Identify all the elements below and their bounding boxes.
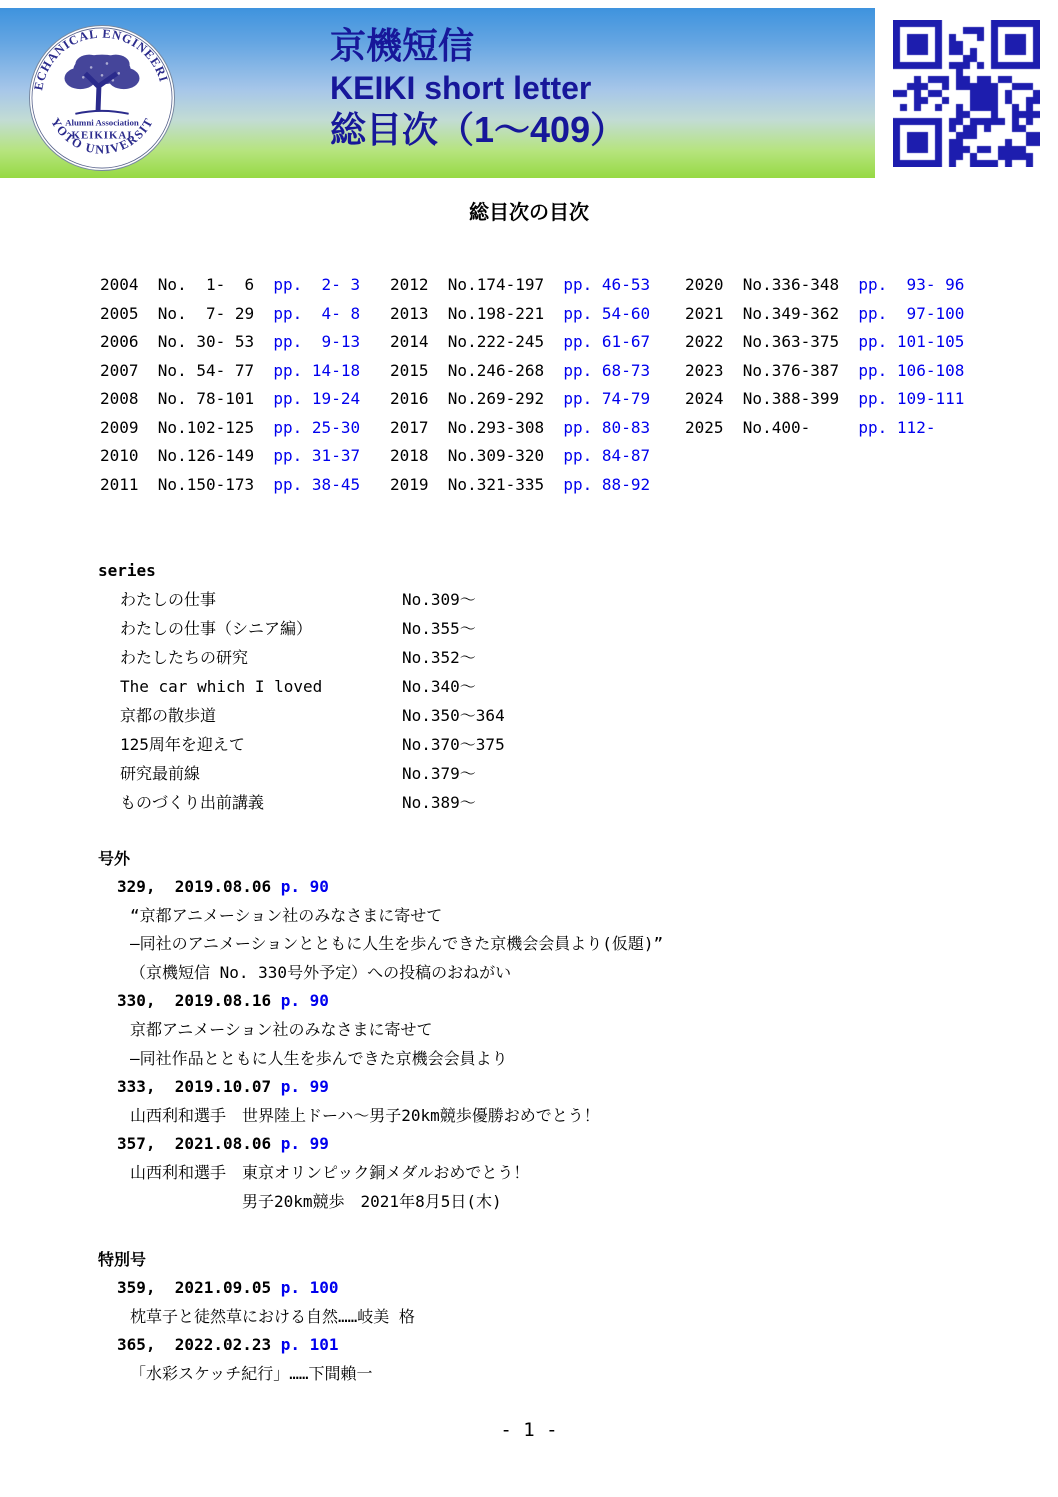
toc-row: 2023 No.376-387 pp. 106-108: [685, 357, 964, 386]
series-title: 京都の散歩道: [120, 701, 402, 730]
series-issue-range: No.340～: [402, 672, 476, 701]
series-item: 京都の散歩道No.350～364: [120, 701, 1058, 730]
toc-row: 2006 No. 30- 53 pp. 9-13: [100, 328, 390, 357]
toc-year-and-issue-range: 2010 No.126-149: [100, 446, 273, 465]
toc-page-link[interactable]: pp. 101-105: [858, 332, 964, 351]
toc-year-and-issue-range: 2020 No.336-348: [685, 275, 858, 294]
toc-year-and-issue-range: 2005 No. 7- 29: [100, 304, 273, 323]
toc-row: 2008 No. 78-101 pp. 19-24: [100, 385, 390, 414]
toc-row: 2025 No.400- pp. 112-: [685, 414, 964, 443]
toc-year-and-issue-range: 2022 No.363-375: [685, 332, 858, 351]
toc-row: 2018 No.309-320 pp. 84-87: [390, 442, 685, 471]
entry-description-line: 枕草子と徒然草における自然……岐美 格: [130, 1303, 1058, 1332]
entry-page-link[interactable]: p. 100: [281, 1278, 339, 1297]
toc-page-link[interactable]: pp. 109-111: [858, 389, 964, 408]
gogai-heading: 号外: [98, 844, 1058, 873]
toc-page-link[interactable]: pp. 9-13: [273, 332, 360, 351]
entry-description-line: 山西利和選手 世界陸上ドーハ～男子20km競歩優勝おめでとう！: [130, 1102, 1058, 1131]
page-footer: - 1 -: [0, 1418, 1058, 1442]
newsletter-title-japanese: 京機短信: [330, 24, 626, 68]
toc-year-and-issue-range: 2009 No.102-125: [100, 418, 273, 437]
toc-year-and-issue-range: 2007 No. 54- 77: [100, 361, 273, 380]
series-issue-range: No.352～: [402, 643, 476, 672]
series-title: わたしたちの研究: [120, 643, 402, 672]
series-section: series わたしの仕事No.309～わたしの仕事（シニア編）No.355～わ…: [98, 556, 1058, 817]
entry-description-line: 男子20km競歩 2021年8月5日(木): [130, 1188, 1058, 1217]
qr-code: [893, 20, 1040, 167]
toc-column: 2012 No.174-197 pp. 46-532013 No.198-221…: [390, 271, 685, 499]
toc-row: 2014 No.222-245 pp. 61-67: [390, 328, 685, 357]
toc-year-and-issue-range: 2025 No.400-: [685, 418, 858, 437]
series-item: 125周年を迎えてNo.370～375: [120, 730, 1058, 759]
toc-row: 2024 No.388-399 pp. 109-111: [685, 385, 964, 414]
toc-page-link[interactable]: pp. 61-67: [563, 332, 650, 351]
series-item: The car which I lovedNo.340～: [120, 672, 1058, 701]
toc-heading: 総目次の目次: [0, 196, 1058, 225]
series-title: The car which I loved: [120, 672, 402, 701]
toc-year-and-issue-range: 2008 No. 78-101: [100, 389, 273, 408]
toc-page-link[interactable]: pp. 97-100: [858, 304, 964, 323]
gogai-section: 号外 329, 2019.08.06 p. 90“京都アニメーション社のみなさま…: [98, 844, 1058, 1216]
series-item: わたしの仕事No.309～: [120, 585, 1058, 614]
toc-row: 2012 No.174-197 pp. 46-53: [390, 271, 685, 300]
toc-year-and-issue-range: 2015 No.246-268: [390, 361, 563, 380]
series-heading: series: [98, 556, 1058, 585]
toc-row: 2007 No. 54- 77 pp. 14-18: [100, 357, 390, 386]
entry-number-date: 359, 2021.09.05 p. 100: [117, 1274, 1058, 1303]
toc-range-title: 総目次（1～409）: [330, 108, 626, 152]
series-title: ものづくり出前講義: [120, 788, 402, 817]
entry-page-link[interactable]: p. 99: [281, 1077, 329, 1096]
series-title: わたしの仕事: [120, 585, 402, 614]
document-body: 総目次の目次 2004 No. 1- 6 pp. 2- 32005 No. 7-…: [0, 196, 1058, 1389]
series-title: わたしの仕事（シニア編）: [120, 614, 402, 643]
toc-page-link[interactable]: pp. 4- 8: [273, 304, 360, 323]
entry-number-date: 333, 2019.10.07 p. 99: [117, 1073, 1058, 1102]
toc-page-link[interactable]: pp. 112-: [858, 418, 935, 437]
toc-row: 2005 No. 7- 29 pp. 4- 8: [100, 300, 390, 329]
toc-page-link[interactable]: pp. 93- 96: [858, 275, 964, 294]
series-issue-range: No.355～: [402, 614, 476, 643]
series-item: 研究最前線No.379～: [120, 759, 1058, 788]
series-issue-range: No.309～: [402, 585, 476, 614]
toc-year-and-issue-range: 2018 No.309-320: [390, 446, 563, 465]
entry-number-date: 365, 2022.02.23 p. 101: [117, 1331, 1058, 1360]
emblem-center-line2: KEIKIKAI: [72, 129, 133, 141]
special-issue-list: 359, 2021.09.05 p. 100枕草子と徒然草における自然……岐美 …: [98, 1274, 1058, 1388]
newsletter-title-english: KEIKI short letter: [330, 68, 626, 108]
special-issue-section: 特別号 359, 2021.09.05 p. 100枕草子と徒然草における自然……: [98, 1245, 1058, 1388]
toc-page-link[interactable]: pp. 88-92: [563, 475, 650, 494]
entry-number-date: 357, 2021.08.06 p. 99: [117, 1130, 1058, 1159]
toc-year-and-issue-range: 2011 No.150-173: [100, 475, 273, 494]
toc-page-link[interactable]: pp. 106-108: [858, 361, 964, 380]
toc-row: 2010 No.126-149 pp. 31-37: [100, 442, 390, 471]
entry-page-link[interactable]: p. 90: [281, 877, 329, 896]
toc-year-table: 2004 No. 1- 6 pp. 2- 32005 No. 7- 29 pp.…: [100, 271, 1058, 499]
toc-year-and-issue-range: 2017 No.293-308: [390, 418, 563, 437]
gogai-list: 329, 2019.08.06 p. 90“京都アニメーション社のみなさまに寄せ…: [98, 873, 1058, 1216]
entry-page-link[interactable]: p. 99: [281, 1134, 329, 1153]
toc-year-and-issue-range: 2014 No.222-245: [390, 332, 563, 351]
toc-row: 2022 No.363-375 pp. 101-105: [685, 328, 964, 357]
toc-column: 2020 No.336-348 pp. 93- 962021 No.349-36…: [685, 271, 964, 499]
entry-description-line: 京都アニメーション社のみなさまに寄せて: [130, 1016, 1058, 1045]
entry-description-line: ―同社のアニメーションとともに人生を歩んできた京機会会員より(仮題)”: [130, 930, 1058, 959]
toc-year-and-issue-range: 2012 No.174-197: [390, 275, 563, 294]
toc-year-and-issue-range: 2024 No.388-399: [685, 389, 858, 408]
toc-year-and-issue-range: 2016 No.269-292: [390, 389, 563, 408]
toc-row: 2016 No.269-292 pp. 74-79: [390, 385, 685, 414]
toc-row: 2017 No.293-308 pp. 80-83: [390, 414, 685, 443]
series-title: 研究最前線: [120, 759, 402, 788]
entry-description-line: 「水彩スケッチ紀行」……下間賴一: [130, 1360, 1058, 1389]
toc-page-link[interactable]: pp. 80-83: [563, 418, 650, 437]
series-issue-range: No.370～375: [402, 730, 505, 759]
entry-page-link[interactable]: p. 101: [281, 1335, 339, 1354]
toc-column: 2004 No. 1- 6 pp. 2- 32005 No. 7- 29 pp.…: [100, 271, 390, 499]
series-issue-range: No.389～: [402, 788, 476, 817]
toc-year-and-issue-range: 2021 No.349-362: [685, 304, 858, 323]
toc-row: 2004 No. 1- 6 pp. 2- 3: [100, 271, 390, 300]
toc-page-link[interactable]: pp. 31-37: [273, 446, 360, 465]
series-issue-range: No.350～364: [402, 701, 505, 730]
toc-page-link[interactable]: pp. 2- 3: [273, 275, 360, 294]
entry-description-line: （京機短信 No. 330号外予定）への投稿のおねがい: [130, 959, 1058, 988]
series-issue-range: No.379～: [402, 759, 476, 788]
entry-number-date: 329, 2019.08.06 p. 90: [117, 873, 1058, 902]
toc-row: 2009 No.102-125 pp. 25-30: [100, 414, 390, 443]
page-number: - 1 -: [0, 1418, 1058, 1442]
series-item: わたしたちの研究No.352～: [120, 643, 1058, 672]
toc-page-link[interactable]: pp. 68-73: [563, 361, 650, 380]
document-page: MECHANICAL ENGINEERING KYOTO UNIVERSITY: [0, 0, 1058, 1497]
toc-year-and-issue-range: 2004 No. 1- 6: [100, 275, 273, 294]
toc-page-link[interactable]: pp. 38-45: [273, 475, 360, 494]
keikikai-emblem-logo: MECHANICAL ENGINEERING KYOTO UNIVERSITY: [28, 24, 176, 172]
entry-page-link[interactable]: p. 90: [281, 991, 329, 1010]
emblem-center-line1: Alumni Association: [65, 118, 139, 128]
toc-page-link[interactable]: pp. 46-53: [563, 275, 650, 294]
entry-description-line: ―同社作品とともに人生を歩んできた京機会会員より: [130, 1045, 1058, 1074]
toc-year-and-issue-range: 2019 No.321-335: [390, 475, 563, 494]
toc-row: 2020 No.336-348 pp. 93- 96: [685, 271, 964, 300]
toc-page-link[interactable]: pp. 74-79: [563, 389, 650, 408]
special-heading: 特別号: [98, 1245, 1058, 1274]
toc-row: 2013 No.198-221 pp. 54-60: [390, 300, 685, 329]
series-item: ものづくり出前講義No.389～: [120, 788, 1058, 817]
toc-row: 2021 No.349-362 pp. 97-100: [685, 300, 964, 329]
toc-page-link[interactable]: pp. 84-87: [563, 446, 650, 465]
toc-year-and-issue-range: 2023 No.376-387: [685, 361, 858, 380]
entry-description-line: 山西利和選手 東京オリンピック銅メダルおめでとう！: [130, 1159, 1058, 1188]
series-item: わたしの仕事（シニア編）No.355～: [120, 614, 1058, 643]
series-title: 125周年を迎えて: [120, 730, 402, 759]
entry-number-date: 330, 2019.08.16 p. 90: [117, 987, 1058, 1016]
toc-row: 2011 No.150-173 pp. 38-45: [100, 471, 390, 500]
title-block: 京機短信 KEIKI short letter 総目次（1～409）: [330, 24, 626, 152]
toc-page-link[interactable]: pp. 19-24: [273, 389, 360, 408]
toc-page-link[interactable]: pp. 54-60: [563, 304, 650, 323]
toc-year-and-issue-range: 2013 No.198-221: [390, 304, 563, 323]
toc-page-link[interactable]: pp. 14-18: [273, 361, 360, 380]
toc-row: 2019 No.321-335 pp. 88-92: [390, 471, 685, 500]
toc-page-link[interactable]: pp. 25-30: [273, 418, 360, 437]
toc-year-and-issue-range: 2006 No. 30- 53: [100, 332, 273, 351]
entry-description-line: “京都アニメーション社のみなさまに寄せて: [130, 902, 1058, 931]
toc-row: 2015 No.246-268 pp. 68-73: [390, 357, 685, 386]
series-list: わたしの仕事No.309～わたしの仕事（シニア編）No.355～わたしたちの研究…: [98, 585, 1058, 817]
